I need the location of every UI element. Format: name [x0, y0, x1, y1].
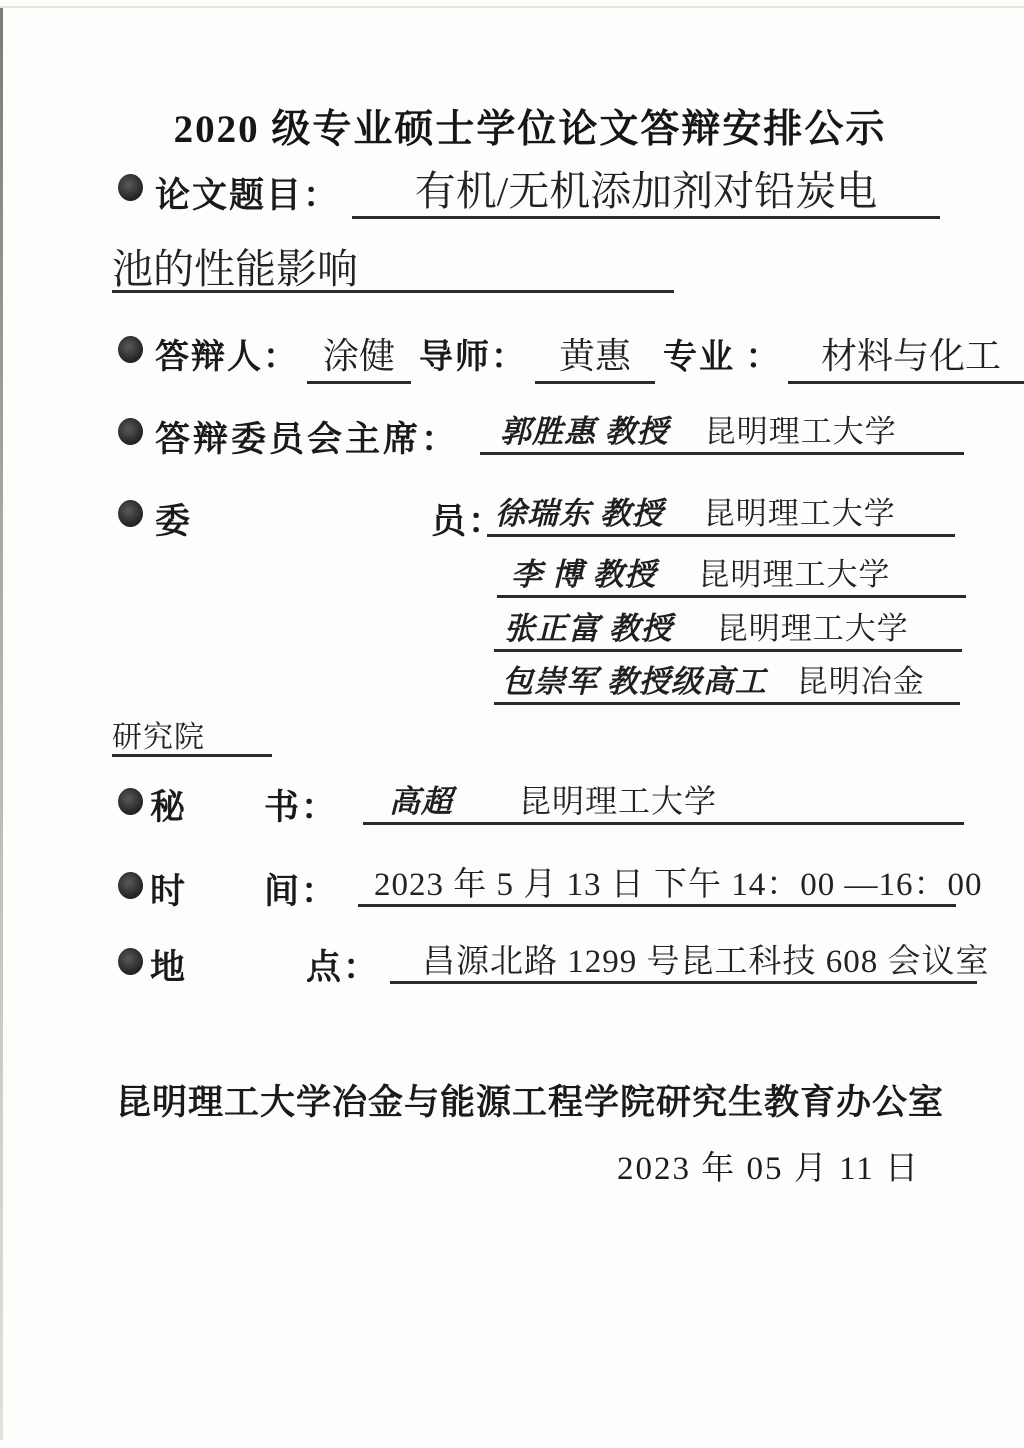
- major-value: 材料与化工: [788, 328, 1024, 384]
- time-label-right: 间：: [264, 864, 338, 914]
- thesis-title-line1: 有机/无机添加剂对铅炭电: [352, 158, 940, 219]
- bullet-icon: [118, 788, 143, 815]
- member-name: 徐瑞东 教授: [495, 488, 664, 533]
- member-affiliation: 昆明理工大学: [699, 549, 891, 594]
- thesis-label: 论文题目：: [155, 168, 340, 218]
- footer-office: 昆明理工大学冶金与能源工程学院研究生教育办公室: [115, 1075, 945, 1125]
- member-affiliation: 昆明理工大学: [717, 603, 909, 648]
- secretary-affiliation: 昆明理工大学: [519, 776, 717, 822]
- time-label: 时 间：: [150, 864, 338, 914]
- committee-member-row: 张正富 教授 昆明理工大学: [494, 603, 962, 652]
- secretary-label-right: 书：: [264, 780, 338, 830]
- secretary-label-left: 秘: [150, 780, 187, 830]
- advisor-label: 导师：: [419, 329, 527, 378]
- chair-name: 郭胜惠 教授: [500, 406, 669, 451]
- thesis-title-line1-text: 有机/无机添加剂对铅炭电: [415, 158, 877, 217]
- committee-label: 委 员：: [155, 494, 505, 544]
- secretary-value: 高超 昆明理工大学: [363, 776, 964, 825]
- defender-name: 涂健: [307, 328, 411, 384]
- scanned-document-page: 2020 级专业硕士学位论文答辩安排公示 论文题目： 有机/无机添加剂对铅炭电 …: [0, 0, 1024, 1448]
- member-name: 李 博 教授: [511, 549, 657, 594]
- bullet-icon: [118, 500, 143, 527]
- member-affiliation: 昆明冶金: [797, 656, 925, 701]
- venue-label-left: 地: [150, 940, 187, 990]
- advisor-name: 黄惠: [535, 328, 655, 384]
- member-name: 包崇军 教授级高工: [502, 656, 767, 701]
- chair-value: 郭胜惠 教授 昆明理工大学: [480, 406, 964, 455]
- time-value-text: 2023 年 5 月 13 日 下午 14：00 —16：00: [374, 858, 983, 905]
- defender-row: 答辩人： 涂健 导师： 黄惠 专业 ： 材料与化工: [155, 328, 1024, 384]
- bullet-icon: [118, 418, 143, 445]
- bullet-icon: [118, 948, 143, 975]
- secretary-name: 高超: [389, 776, 453, 821]
- thesis-title-line2: 池的性能影响: [112, 236, 674, 293]
- committee-label-left: 委: [155, 494, 192, 544]
- scan-left-edge-artifact: [0, 8, 3, 1440]
- committee-member-row: 徐瑞东 教授 昆明理工大学: [487, 488, 955, 537]
- footer-date: 2023 年 05 月 11 日: [115, 1142, 920, 1189]
- member-name: 张正富 教授: [504, 603, 673, 648]
- secretary-label: 秘 书：: [150, 780, 338, 830]
- venue-value: 昌源北路 1299 号昆工科技 608 会议室: [390, 935, 977, 984]
- time-value: 2023 年 5 月 13 日 下午 14：00 —16：00: [358, 858, 956, 907]
- venue-value-text: 昌源北路 1299 号昆工科技 608 会议室: [422, 935, 990, 982]
- venue-label: 地 点：: [150, 940, 380, 990]
- document-title: 2020 级专业硕士学位论文答辩安排公示: [115, 98, 945, 154]
- bullet-icon: [118, 336, 143, 363]
- time-label-left: 时: [150, 864, 187, 914]
- committee-member-row: 李 博 教授 昆明理工大学: [497, 549, 966, 598]
- bullet-icon: [118, 174, 143, 201]
- venue-label-right: 点：: [306, 940, 380, 990]
- bullet-icon: [118, 872, 143, 899]
- thesis-title-line2-text: 池的性能影响: [112, 236, 358, 295]
- scan-top-edge-artifact: [0, 6, 1024, 8]
- defender-label: 答辩人：: [155, 329, 299, 378]
- chair-affiliation: 昆明理工大学: [705, 406, 897, 451]
- committee-member-row: 包崇军 教授级高工 昆明冶金: [494, 656, 960, 705]
- member-affiliation-wrap: 研究院: [112, 712, 272, 757]
- member-affiliation: 昆明理工大学: [704, 488, 896, 533]
- member-affiliation-wrap-text: 研究院: [112, 712, 205, 756]
- major-label: 专业 ：: [663, 329, 782, 378]
- chair-label: 答辩委员会主席：: [155, 412, 459, 462]
